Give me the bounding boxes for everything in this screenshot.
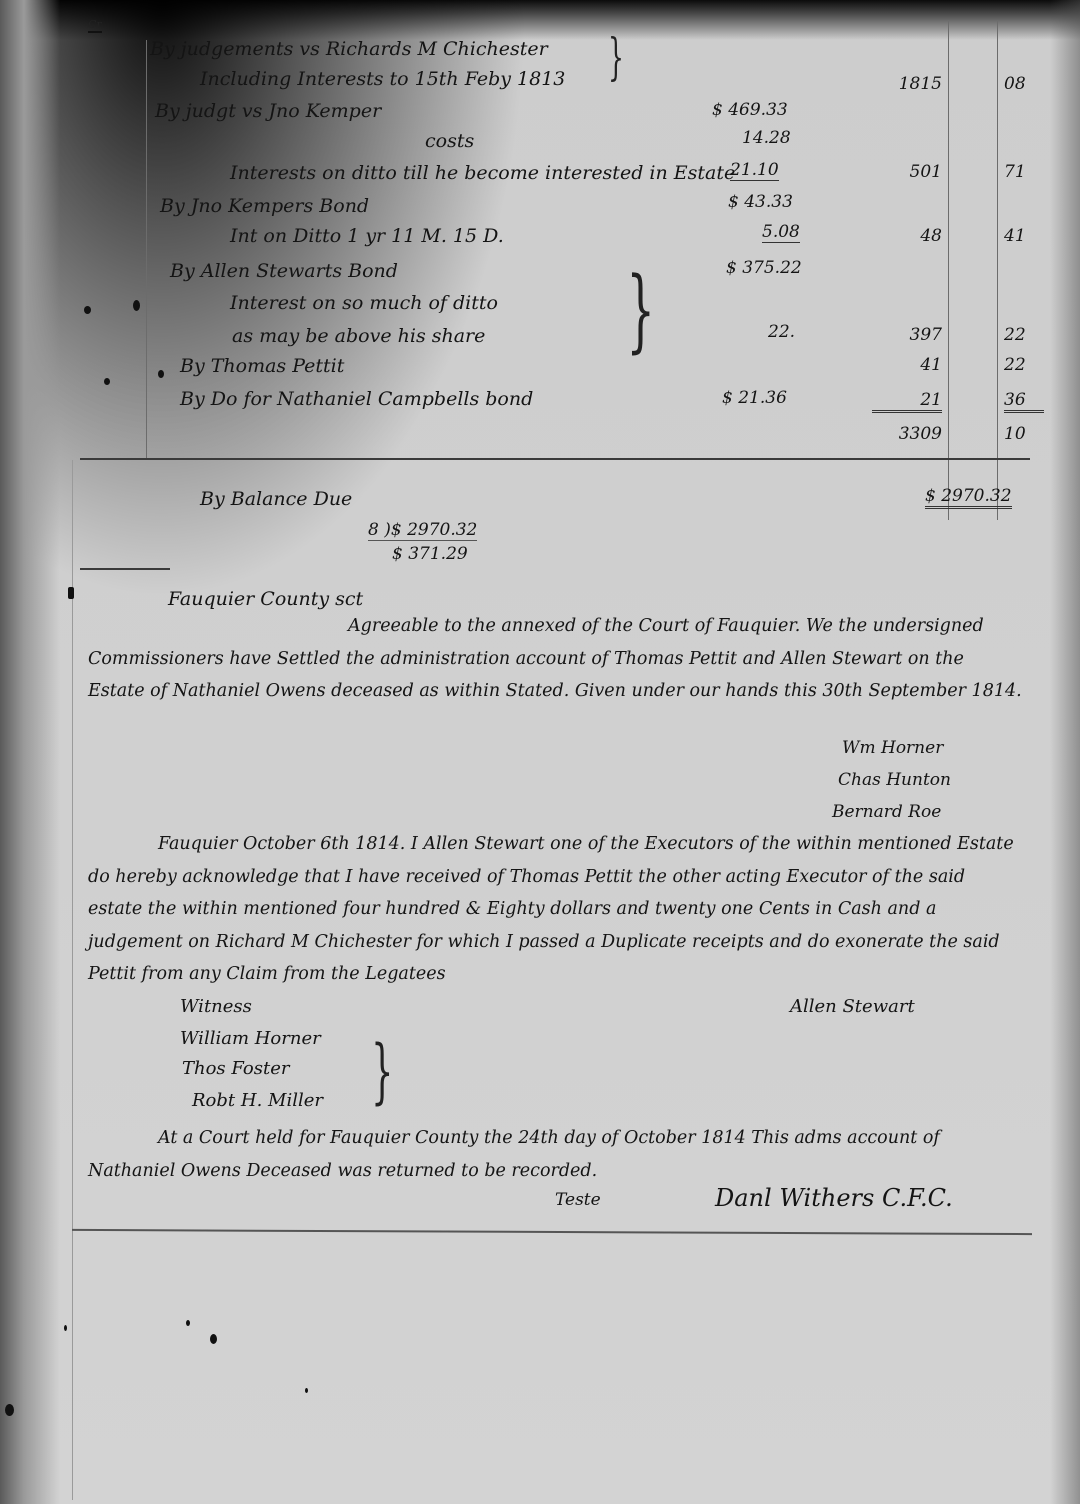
balance-label: By Balance Due xyxy=(200,488,352,510)
ledger-entry-4-cents: 71 xyxy=(1004,162,1044,182)
ledger-entry-7-text: By Allen Stewarts Bond xyxy=(170,260,398,282)
division-line-2: $ 371.29 xyxy=(392,544,468,564)
ledger-entry-9-dollars: 397 xyxy=(872,325,942,345)
scan-shadow-left xyxy=(0,0,60,1504)
ledger-entry-10-text: By Thomas Pettit xyxy=(180,355,344,377)
ink-blot xyxy=(64,1325,67,1331)
witness-1: William Horner xyxy=(180,1028,321,1049)
ledger-total-dollars: 3309 xyxy=(872,424,942,444)
ink-blot xyxy=(84,306,91,314)
page-margin-rule xyxy=(72,460,73,1500)
receipt-text: Fauquier October 6th 1814. I Allen Stewa… xyxy=(88,834,1014,984)
ledger-entry-4-dollars: 501 xyxy=(872,162,942,182)
witness-3: Robt H. Miller xyxy=(192,1090,323,1111)
ledger-entry-1-dollars: 1815 xyxy=(872,74,942,94)
cents-column-rule xyxy=(997,20,998,520)
ink-blot xyxy=(104,378,110,385)
section-rule xyxy=(80,568,170,570)
ink-blot xyxy=(68,587,74,599)
margin-rule xyxy=(146,40,147,460)
ledger-entry-2-text: By judgt vs Jno Kemper xyxy=(155,100,381,122)
ledger-entry-11-dollars: 21 xyxy=(872,390,942,413)
ledger-entry-4-amount: 21.10 xyxy=(730,160,779,181)
ledger-entry-4-text: Interests on ditto till he become intere… xyxy=(230,162,735,184)
receipt-body: Fauquier October 6th 1814. I Allen Stewa… xyxy=(88,828,1023,991)
certificate-text: Agreeable to the annexed of the Court of… xyxy=(88,616,1022,701)
court-record-body: At a Court held for Fauquier County the … xyxy=(88,1122,1023,1187)
margin-note: Cr xyxy=(88,18,102,33)
ledger-entry-2-amount: $ 469.33 xyxy=(712,100,788,120)
ledger-entry-6-dollars: 48 xyxy=(872,226,942,246)
ledger-entry-9-amount: 22. xyxy=(768,322,795,342)
brace-icon: } xyxy=(608,28,624,86)
ledger-entry-1-line2: Including Interests to 15th Feby 1813 xyxy=(200,68,565,90)
ink-blot xyxy=(158,370,164,378)
certificate-heading: Fauquier County sct xyxy=(168,588,363,610)
ledger-entry-10-dollars: 41 xyxy=(872,355,942,375)
commissioner-signature-3: Bernard Roe xyxy=(832,802,941,822)
ledger-entry-5-text: By Jno Kempers Bond xyxy=(160,195,369,217)
brace-icon: } xyxy=(626,258,655,363)
dollars-column-rule xyxy=(948,20,949,520)
ink-blot xyxy=(133,300,140,311)
receipt-signature: Allen Stewart xyxy=(790,996,915,1017)
ledger-entry-6-cents: 41 xyxy=(1004,226,1044,246)
document-page: Cr By judgements vs Richards M Chicheste… xyxy=(0,0,1080,1504)
ledger-entry-8-text: Interest on so much of ditto xyxy=(230,292,498,314)
witness-label: Witness xyxy=(180,996,252,1017)
ledger-entry-9-text: as may be above his share xyxy=(232,325,485,347)
witness-2: Thos Foster xyxy=(182,1058,289,1079)
scan-shadow-right xyxy=(1050,0,1080,1504)
commissioner-signature-2: Chas Hunton xyxy=(838,770,951,790)
balance-amount: $ 2970.32 xyxy=(925,486,1012,509)
ink-blot xyxy=(186,1320,190,1326)
ledger-entry-5-amount: $ 43.33 xyxy=(728,192,793,212)
ledger-entry-9-cents: 22 xyxy=(1004,325,1044,345)
ink-blot xyxy=(210,1334,217,1344)
ink-blot xyxy=(5,1404,14,1416)
certificate-body: Agreeable to the annexed of the Court of… xyxy=(88,610,1023,708)
ledger-entry-1-cents: 08 xyxy=(1004,74,1044,94)
ledger-entry-11-amount: $ 21.36 xyxy=(722,388,787,408)
page-end-rule xyxy=(72,1229,1032,1235)
ledger-entry-3-text: costs xyxy=(425,130,474,152)
ledger-entry-11-text: By Do for Nathaniel Campbells bond xyxy=(180,388,533,410)
ledger-entry-1-line1: By judgements vs Richards M Chichester xyxy=(150,38,548,60)
ledger-entry-6-amount: 5.08 xyxy=(762,222,800,243)
clerk-signature: Danl Withers C.F.C. xyxy=(715,1184,953,1212)
commissioner-signature-1: Wm Horner xyxy=(842,738,943,758)
teste-label: Teste xyxy=(555,1190,601,1210)
brace-icon: } xyxy=(371,1030,393,1112)
ledger-total-cents: 10 xyxy=(1004,424,1044,444)
ledger-entry-11-cents: 36 xyxy=(1004,390,1044,413)
ledger-entry-10-cents: 22 xyxy=(1004,355,1044,375)
court-record-text: At a Court held for Fauquier County the … xyxy=(88,1128,940,1181)
ledger-entry-6-text: Int on Ditto 1 yr 11 M. 15 D. xyxy=(230,225,504,247)
division-line-1: 8 )$ 2970.32 xyxy=(368,520,477,541)
ledger-entry-7-amount: $ 375.22 xyxy=(726,258,802,278)
ledger-bottom-rule xyxy=(80,458,1030,460)
ledger-entry-3-amount: 14.28 xyxy=(742,128,791,148)
ink-blot xyxy=(305,1388,308,1393)
